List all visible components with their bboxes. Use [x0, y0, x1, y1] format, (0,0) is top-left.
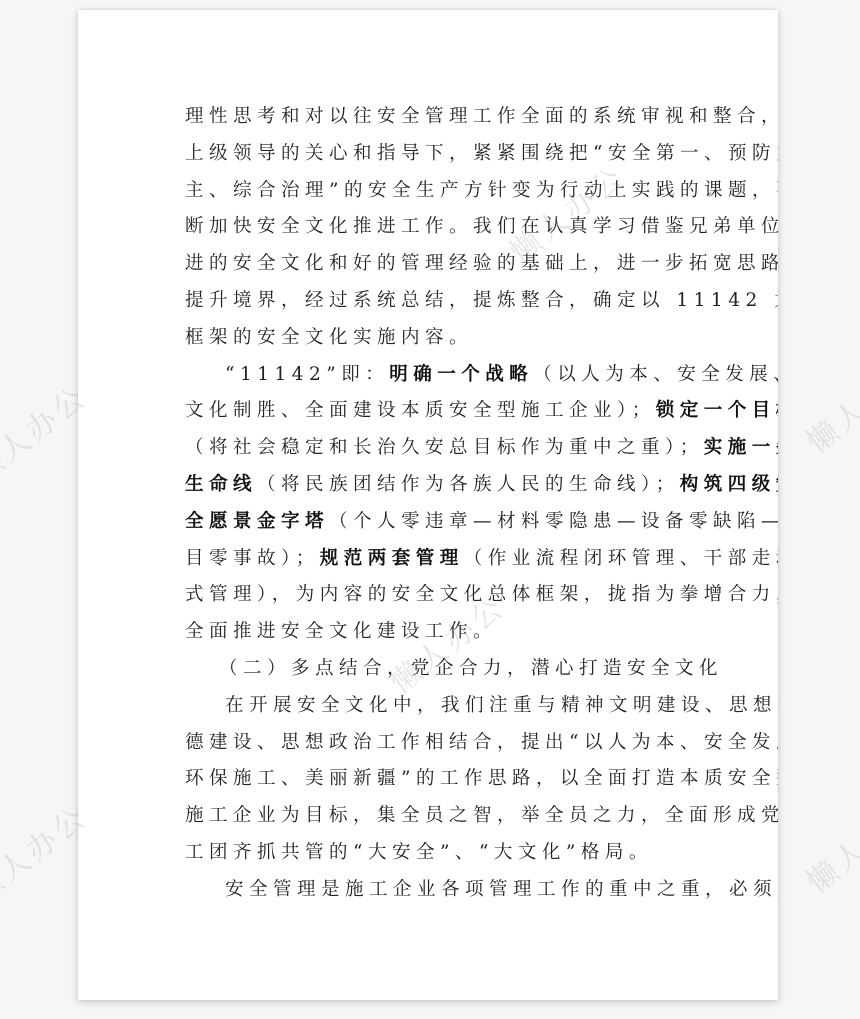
text-line: 式管理），为内容的安全文化总体框架，拢指为拳增合力，: [185, 577, 675, 614]
bold-term: 构筑四级安: [680, 474, 778, 495]
text-line: 在开展安全文化中，我们注重与精神文明建设、思想道: [185, 688, 675, 725]
watermark: 懒人办公: [796, 343, 860, 461]
text-line: 施工企业为目标，集全员之智，举全员之力，全面形成党政: [185, 798, 675, 835]
watermark: 懒人办公: [796, 783, 860, 901]
document-page: 懒人办公 懒人办公 理性思考和对以往安全管理工作全面的系统审视和整合，在 上级领…: [78, 10, 778, 1000]
section-heading: （二）多点结合，党企合力，潜心打造安全文化: [185, 651, 675, 688]
bold-term: 明确一个战略: [389, 364, 533, 385]
bold-term: 锁定一个目标: [656, 400, 778, 421]
bold-term: 生命线: [185, 474, 257, 495]
bold-term: 规范两套管理: [320, 548, 464, 569]
text-line: 全愿景金字塔（个人零违章—材料零隐患—设备零缺陷—项: [185, 504, 675, 541]
text-line: 目零事故）；规范两套管理（作业流程闭环管理、干部走动: [185, 541, 675, 578]
text-line: “11142”即：明确一个战略（以人为本、安全发展、: [185, 357, 675, 394]
text-line: （将社会稳定和长治久安总目标作为重中之重）；实施一条: [185, 430, 675, 467]
text-line: 断加快安全文化推进工作。我们在认真学习借鉴兄弟单位先: [185, 209, 675, 246]
text-line: 主、综合治理”的安全生产方针变为行动上实践的课题，不: [185, 173, 675, 210]
text-line: 文化制胜、全面建设本质安全型施工企业）；锁定一个目标: [185, 393, 675, 430]
text-line: 安全管理是施工企业各项管理工作的重中之重，必须天: [185, 872, 675, 909]
bold-term: 全愿景金字塔: [185, 511, 329, 532]
text-line: 生命线（将民族团结作为各族人民的生命线）；构筑四级安: [185, 467, 675, 504]
text-line: 理性思考和对以往安全管理工作全面的系统审视和整合，在: [185, 99, 675, 136]
text-line: 上级领导的关心和指导下，紧紧围绕把“安全第一、预防为: [185, 136, 675, 173]
bold-term: 实施一条: [704, 437, 778, 458]
text-line: 框架的安全文化实施内容。: [185, 320, 675, 357]
text-line: 工团齐抓共管的“大安全”、“大文化”格局。: [185, 835, 675, 872]
text-line: 提升境界，经过系统总结，提炼整合，确定以 11142 为总体: [185, 283, 675, 320]
document-body: 理性思考和对以往安全管理工作全面的系统审视和整合，在 上级领导的关心和指导下，紧…: [185, 99, 675, 909]
text-line: 进的安全文化和好的管理经验的基础上，进一步拓宽思路，: [185, 246, 675, 283]
text-line: 全面推进安全文化建设工作。: [185, 614, 675, 651]
text-line: 德建设、思想政治工作相结合，提出“以人为本、安全发展、: [185, 725, 675, 762]
text-line: 环保施工、美丽新疆”的工作思路，以全面打造本质安全型: [185, 761, 675, 798]
